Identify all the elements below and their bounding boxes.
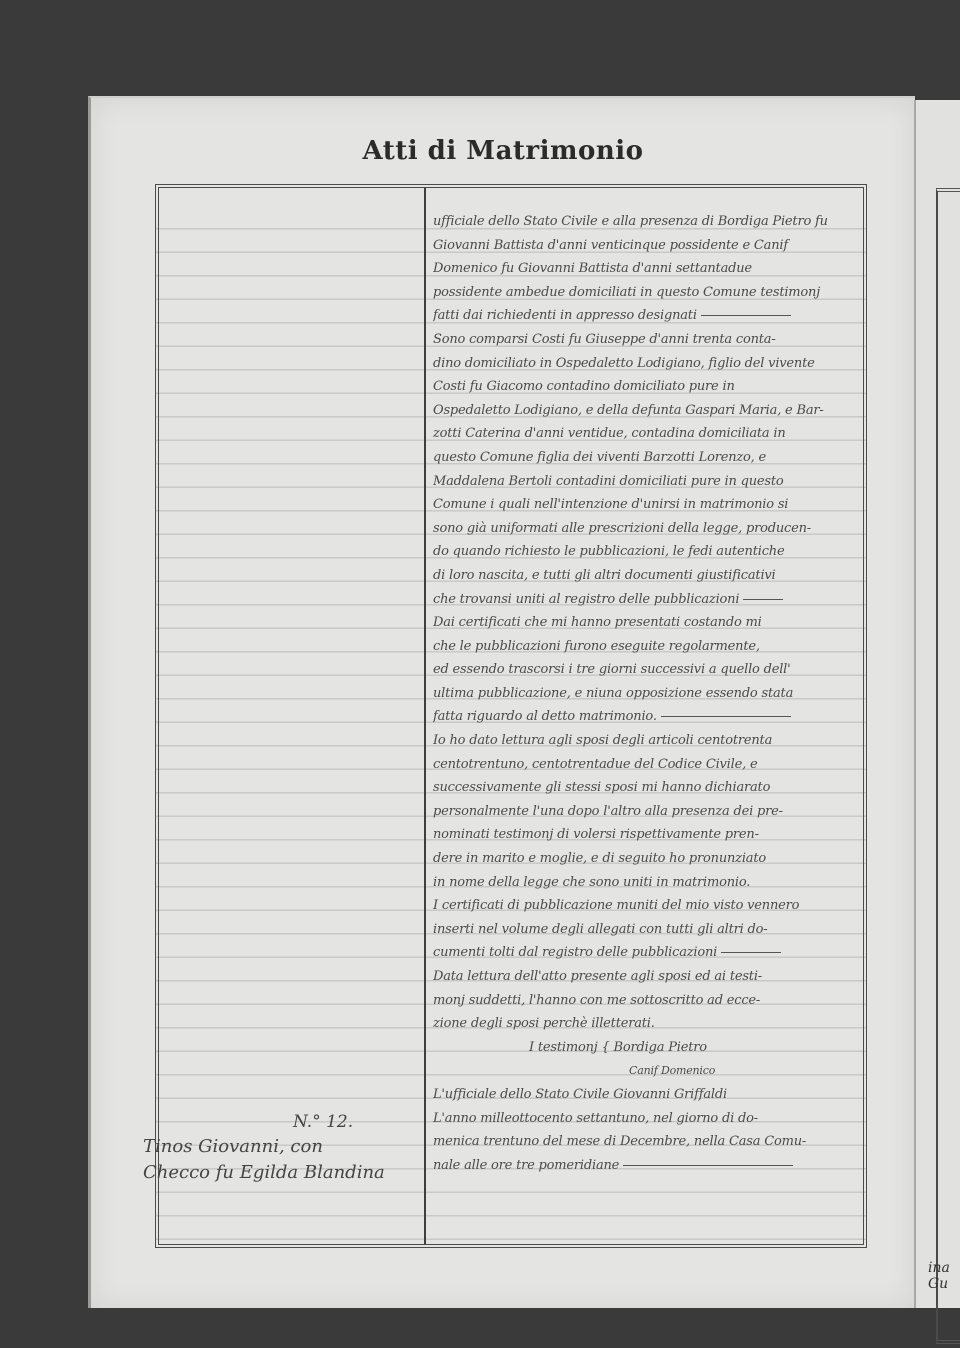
record-body: ufficiale dello Stato Civile e alla pres… [433,210,853,1177]
body-line: monj suddetti, l'hanno con me sottoscrit… [433,989,853,1013]
body-line: ultima pubblicazione, e niuna opposizion… [433,682,853,706]
body-text: che trovansi uniti al registro delle pub… [433,592,739,607]
spouse-names: Tinos Giovanni, con [143,1136,433,1162]
body-line: Domenico fu Giovanni Battista d'anni set… [433,257,853,281]
body-line: zotti Caterina d'anni ventidue, contadin… [433,422,853,446]
body-line: Giovanni Battista d'anni venticinque pos… [433,234,853,258]
facing-page-edge: ina Gu [914,100,960,1308]
body-line: Costi fu Giacomo contadino domiciliato p… [433,375,853,399]
body-text: fatti dai richiedenti in appresso design… [433,308,697,323]
body-line: Comune i quali nell'intenzione d'unirsi … [433,493,853,517]
body-line: zione degli sposi perchè illetterati. [433,1012,853,1036]
body-line: Maddalena Bertoli contadini domiciliati … [433,470,853,494]
record-margin: N.° 12. Tinos Giovanni, con Checco fu Eg… [143,1112,433,1188]
body-line: ed essendo trascorsi i tre giorni succes… [433,658,853,682]
closing-line: L'anno milleottocento settantuno, nel gi… [433,1107,853,1131]
body-line: dere in marito e moglie, e di seguito ho… [433,847,853,871]
body-line: di loro nascita, e tutti gli altri docum… [433,564,853,588]
witness-signature-line: Canif Domenico [433,1059,853,1083]
register-page: Atti di Matrimonio ufficiale dello Stato… [88,96,915,1308]
page-title: Atti di Matrimonio [91,136,915,166]
body-line: Sono comparsi Costi fu Giuseppe d'anni t… [433,328,853,352]
body-line: che trovansi uniti al registro delle pub… [433,588,853,612]
body-line: Ospedaletto Lodigiano, e della defunta G… [433,399,853,423]
fill-dash [701,315,791,316]
body-line: I certificati di pubblicazione muniti de… [433,894,853,918]
body-text: cumenti tolti dal registro delle pubblic… [433,945,717,960]
body-line: centotrentuno, centotrentadue del Codice… [433,753,853,777]
spouse-names: Checco fu Egilda Blandina [143,1162,433,1188]
closing-line: menica trentuno del mese di Decembre, ne… [433,1130,853,1154]
closing-line: nale alle ore tre pomeridiane [433,1154,853,1178]
body-line: fatta riguardo al detto matrimonio. [433,705,853,729]
body-line: personalmente l'una dopo l'altro alla pr… [433,800,853,824]
body-line: dino domiciliato in Ospedaletto Lodigian… [433,352,853,376]
record-frame: ufficiale dello Stato Civile e alla pres… [155,184,867,1248]
body-line: Io ho dato lettura agli sposi degli arti… [433,729,853,753]
witness-signature: Canif Domenico [629,1064,715,1077]
body-line: successivamente gli stessi sposi mi hann… [433,776,853,800]
body-text: nale alle ore tre pomeridiane [433,1158,619,1173]
act-number: N.° 12. [143,1112,433,1136]
body-line: Dai certificati che mi hanno presentati … [433,611,853,635]
body-line: in nome della legge che sono uniti in ma… [433,871,853,895]
fill-dash [743,599,783,600]
body-line: questo Comune figlia dei viventi Barzott… [433,446,853,470]
fill-dash [623,1165,793,1166]
facing-page-text: ina Gu [928,1260,960,1292]
body-line: inserti nel volume degli allegati con tu… [433,918,853,942]
fill-dash [661,716,791,717]
body-line: che le pubblicazioni furono eseguite reg… [433,635,853,659]
facing-page-frame [936,188,960,1344]
body-line: nominati testimonj di volersi rispettiva… [433,823,853,847]
body-line: Data lettura dell'atto presente agli spo… [433,965,853,989]
column-divider [424,188,426,1244]
body-text: fatta riguardo al detto matrimonio. [433,709,657,724]
body-line: sono già uniformati alle prescrizioni de… [433,517,853,541]
witness-label: I testimonj [529,1040,598,1055]
body-line: possidente ambedue domiciliati in questo… [433,281,853,305]
body-line: cumenti tolti dal registro delle pubblic… [433,941,853,965]
body-line: fatti dai richiedenti in appresso design… [433,304,853,328]
witness-signature-line: I testimonj { Bordiga Pietro [433,1036,853,1060]
witness-signature: Bordiga Pietro [614,1040,707,1055]
fill-dash [721,952,781,953]
body-line: ufficiale dello Stato Civile e alla pres… [433,210,853,234]
body-line: do quando richiesto le pubblicazioni, le… [433,540,853,564]
closing-line: L'ufficiale dello Stato Civile Giovanni … [433,1083,853,1107]
